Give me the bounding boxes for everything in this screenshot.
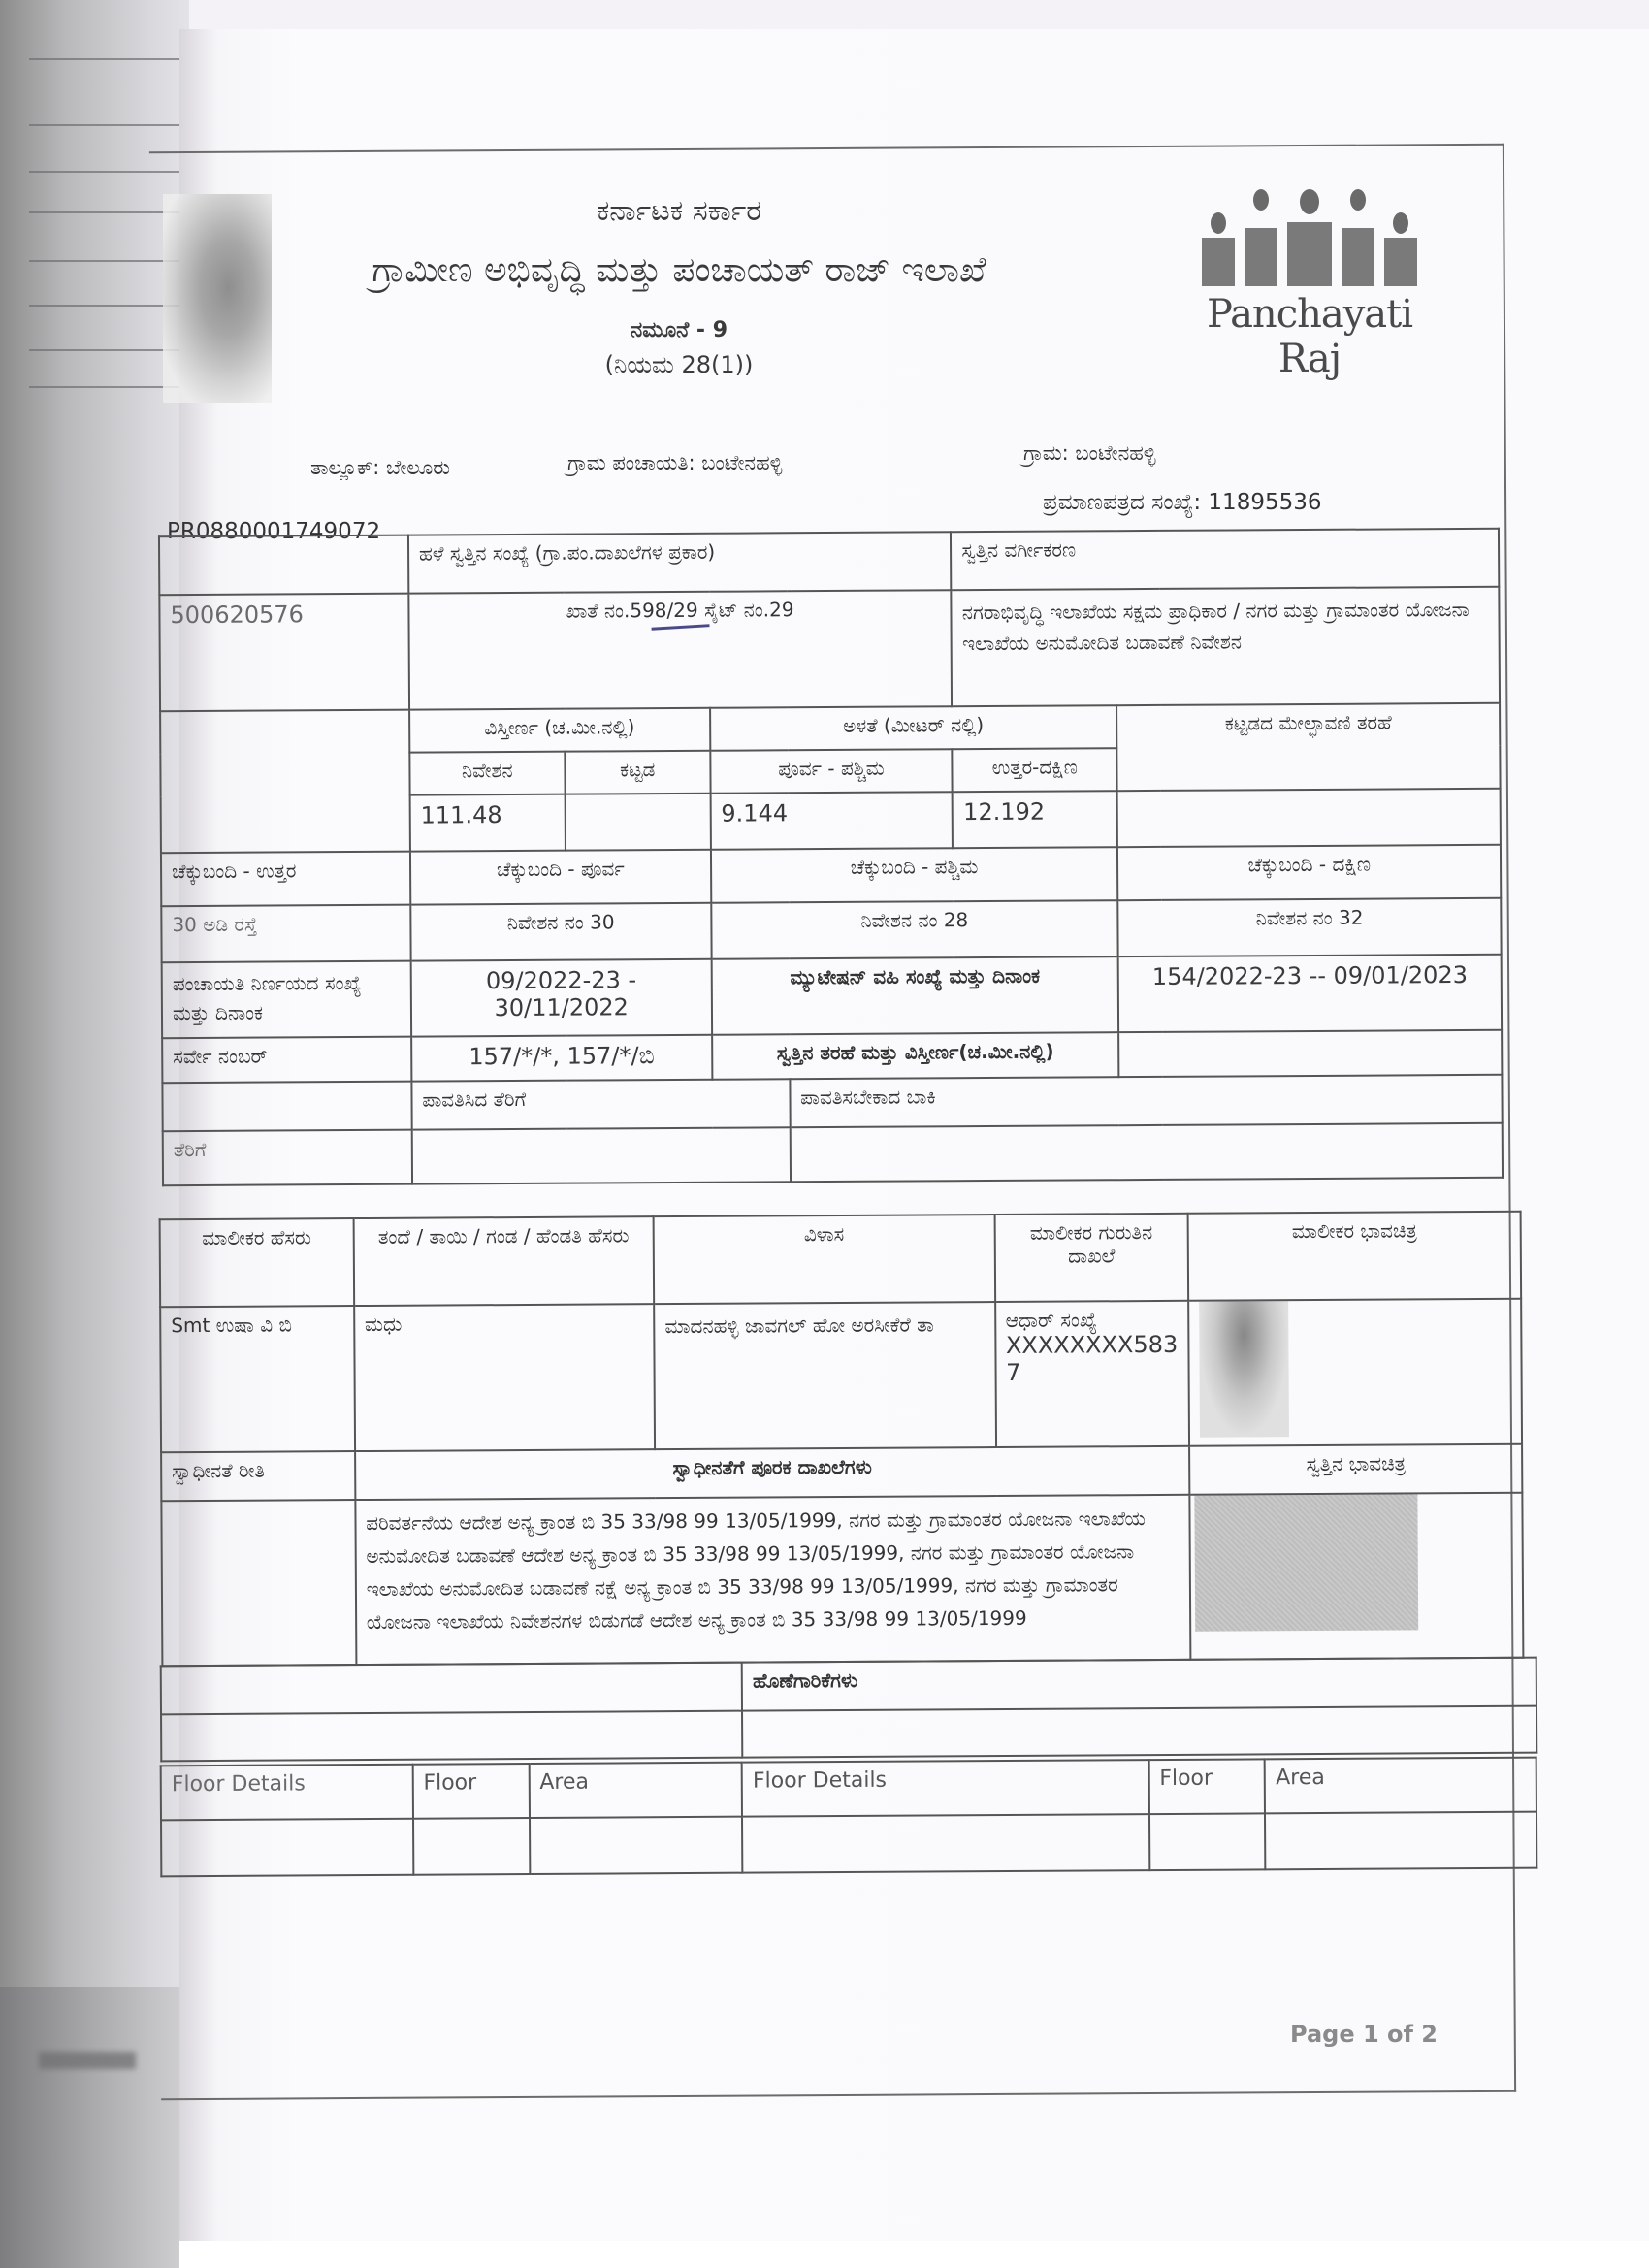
department-title: ಗ್ರಾಮೀಣ ಅಭಿವೃದ್ಧಿ ಮತ್ತು ಪಂಚಾಯತ್ ರಾಜ್ ಇಲಾ… bbox=[291, 250, 1067, 291]
measurement-header: ಅಳತೆ (ಮೀಟರ್ ನಲ್ಲಿ) bbox=[710, 705, 1117, 751]
roof-type-header: ಕಟ್ಟಡದ ಮೇಲ್ಛಾವಣಿ ತರಹೆ bbox=[1116, 703, 1500, 791]
east-boundary: ನಿವೇಶನ ನಂ 30 bbox=[410, 903, 711, 961]
relation-header: ತಂದೆ / ತಾಯಿ / ಗಂಡ / ಹೆಂಡತಿ ಹೆಸರು bbox=[353, 1216, 654, 1306]
mutation-value: 154/2022-23 -- 09/01/2023 bbox=[1118, 955, 1502, 1032]
north-boundary-label: ಚೆಕ್ಕುಬಂದಿ - ಉತ್ತರ bbox=[161, 852, 410, 907]
page-number: Page 1 of 2 bbox=[1290, 2021, 1438, 2048]
tax-left-label bbox=[162, 1082, 411, 1132]
east-west-label: ಪೂರ್ವ - ಪಶ್ಚಿಮ bbox=[710, 749, 953, 794]
liabilities-label: ಹೊಣೆಗಾರಿಕೆಗಳು bbox=[742, 1658, 1536, 1711]
site-area-value: 111.48 bbox=[409, 794, 565, 852]
area-left-header: Area bbox=[529, 1763, 742, 1818]
owner-table: ಮಾಲೀಕರ ಹೆಸರು ತಂದೆ / ತಾಯಿ / ಗಂಡ / ಹೆಂಡತಿ … bbox=[159, 1211, 1525, 1668]
site-label: ನಿವೇಶನ bbox=[409, 752, 565, 795]
survey-number-label: ಸರ್ವೇ ನಂಬರ್ bbox=[162, 1037, 411, 1084]
resolution-label: ಪಂಚಾಯತಿ ನಿರ್ಣಯದ ಸಂಖ್ಯೆ ಮತ್ತು ದಿನಾಂಕ bbox=[162, 961, 411, 1039]
property-type-label: ಸ್ವತ್ತಿನ ತರಹೆ ಮತ್ತು ವಿಸ್ತೀರ್ಣ(ಚ.ಮೀ.ನಲ್ಲಿ… bbox=[712, 1032, 1119, 1080]
floor-right-header: Floor bbox=[1148, 1759, 1265, 1814]
west-boundary-label: ಚೆಕ್ಕುಬಂದಿ - ಪಶ್ಚಿಮ bbox=[711, 847, 1118, 903]
property-details-table: ಹಳೆ ಸ್ವತ್ತಿನ ಸಂಖ್ಯೆ (ಗ್ರಾ.ಪಂ.ದಾಖಲೆಗಳ ಪ್ರ… bbox=[158, 528, 1503, 1186]
floor-details-table: Floor Details Floor Area Floor Details F… bbox=[160, 1757, 1538, 1878]
west-boundary: ನಿವೇಶನ ನಂ 28 bbox=[711, 900, 1118, 959]
area-right-header: Area bbox=[1265, 1758, 1536, 1814]
pen-mark bbox=[651, 624, 709, 631]
property-photo-label: ಸ್ವತ್ತಿನ ಭಾವಚಿತ್ರ bbox=[1189, 1444, 1522, 1495]
liabilities-table: ಹೊಣೆಗಾರಿಕೆಗಳು bbox=[160, 1657, 1538, 1763]
resolution-value: 09/2022-23 - 30/11/2022 bbox=[411, 959, 712, 1037]
tax-due-label: ಪಾವತಿಸಬೇಕಾದ ಬಾಕಿ bbox=[790, 1075, 1503, 1127]
village: ಗ್ರಾಮ: ಬಂಟೇನಹಳ್ಳಿ bbox=[1023, 441, 1156, 466]
owner-relation: ಮಧು bbox=[354, 1304, 655, 1451]
north-boundary: 30 ಅಡಿ ರಸ್ತೆ bbox=[161, 905, 410, 963]
panchayati-raj-logo: Panchayati Raj bbox=[1174, 179, 1445, 354]
id-number: XXXXXXXX5837 bbox=[1006, 1331, 1179, 1386]
form-number: ನಮೂನೆ - 9 bbox=[291, 318, 1067, 342]
owner-name-header: ಮಾಲೀಕರ ಹೆಸರು bbox=[160, 1218, 354, 1307]
id-document-header: ಮಾಲೀಕರ ಗುರುತಿನ ದಾಖಲೆ bbox=[994, 1214, 1188, 1302]
owner-name: Smt ಉಷಾ ವಿ ಬಿ bbox=[160, 1306, 355, 1452]
gram-panchayat: ಗ್ರಾಮ ಪಂಚಾಯತಿ: ಬಂಟೇನಹಳ್ಳಿ bbox=[567, 451, 782, 475]
floor-left-header: Floor bbox=[412, 1764, 529, 1819]
taluk: ತಾಲ್ಲೂಕ್: ಬೇಲೂರು bbox=[310, 456, 450, 480]
property-classification: ನಗರಾಭಿವೃದ್ಧಿ ಇಲಾಖೆಯ ಸಕ್ಷಮ ಪ್ರಾಧಿಕಾರ / ನಗ… bbox=[952, 587, 1500, 706]
certificate-number: ಪ್ರಮಾಣಪತ್ರದ ಸಂಖ್ಯೆ: 11895536 bbox=[1043, 490, 1322, 515]
floor-details-right-header: Floor Details bbox=[742, 1760, 1149, 1817]
khata-number: ಖಾತೆ ನಂ.598/29 ಸೈಟ್ ನಂ.29 bbox=[408, 590, 952, 709]
area-header: ವಿಸ್ತೀರ್ಣ (ಚ.ಮೀ.ನಲ್ಲಿ) bbox=[409, 708, 710, 753]
classification-header: ಸ್ವತ್ತಿನ ವರ್ಗೀಕರಣ bbox=[951, 529, 1499, 590]
address-header: ವಿಳಾಸ bbox=[654, 1215, 995, 1304]
property-photo bbox=[1195, 1494, 1419, 1631]
tax-paid-label: ಪಾವತಿಸಿದ ತೆರಿಗೆ bbox=[411, 1079, 790, 1129]
government-title: ಕರ್ನಾಟಕ ಸರ್ಕಾರ bbox=[291, 194, 1067, 228]
people-logo-icon bbox=[1174, 179, 1445, 286]
owner-row: Smt ಉಷಾ ವಿ ಬಿ ಮಧು ಮಾದನಹಳ್ಳಿ ಜಾವಗಲ್ ಹೋ ಅರ… bbox=[160, 1299, 1522, 1453]
owner-id: ಆಧಾರ್ ಸಂಖ್ಯೆ XXXXXXXX5837 bbox=[995, 1301, 1190, 1447]
building-area-value bbox=[565, 794, 710, 851]
supporting-docs-header: ಸ್ವಾಧೀನತೆಗೆ ಪೂರಕ ದಾಖಲೆಗಳು bbox=[355, 1446, 1190, 1500]
survey-number-value: 157/*/*, 157/*/ಬಿ bbox=[411, 1035, 712, 1082]
south-boundary: ನಿವೇಶನ ನಂ 32 bbox=[1118, 898, 1502, 956]
tax-due-value bbox=[790, 1123, 1503, 1182]
id-type: ಆಧಾರ್ ಸಂಖ್ಯೆ bbox=[1006, 1308, 1179, 1332]
logo-text: Panchayati Raj bbox=[1174, 292, 1445, 381]
mutation-label: ಮ್ಯುಟೇಷನ್ ವಹಿ ಸಂಖ್ಯೆ ಮತ್ತು ದಿನಾಂಕ bbox=[711, 956, 1118, 1035]
east-boundary-label: ಚೆಕ್ಕುಬಂದಿ - ಪೂರ್ವ bbox=[410, 850, 711, 905]
old-property-number-header: ಹಳೆ ಸ್ವತ್ತಿನ ಸಂಖ್ಯೆ (ಗ್ರಾ.ಪಂ.ದಾಖಲೆಗಳ ಪ್ರ… bbox=[408, 532, 952, 593]
south-boundary-label: ಚೆಕ್ಕುಬಂದಿ - ದಕ್ಷಿಣ bbox=[1117, 845, 1501, 900]
rule-reference: (ನಿಯಮ 28(1)) bbox=[291, 351, 1067, 378]
property-type-value bbox=[1118, 1030, 1502, 1077]
supporting-documents: ಪರಿವರ್ತನೆಯ ಆದೇಶ ಅನ್ಯ ಕ್ರಾಂತ ಬಿ 35 33/98 … bbox=[355, 1495, 1191, 1665]
owner-photo-header: ಮಾಲೀಕರ ಭಾವಚಿತ್ರ bbox=[1188, 1212, 1521, 1301]
tax-paid-value bbox=[412, 1127, 791, 1183]
east-west-value: 9.144 bbox=[710, 792, 953, 850]
building-label: ಕಟ್ಟಡ bbox=[565, 751, 710, 794]
property-number: 500620576 bbox=[159, 594, 409, 712]
north-south-label: ಉತ್ತರ-ದಕ್ಷಿಣ bbox=[953, 748, 1117, 792]
north-south-value: 12.192 bbox=[953, 791, 1117, 848]
tax-row-label: ತೆರಿಗೆ bbox=[163, 1130, 412, 1186]
karnataka-emblem-icon bbox=[163, 194, 272, 403]
ownership-mode-label: ಸ್ವಾಧೀನತೆ ರೀತಿ bbox=[161, 1451, 355, 1501]
floor-details-left-header: Floor Details bbox=[161, 1765, 413, 1821]
owner-photo bbox=[1199, 1301, 1289, 1438]
owner-address: ಮಾದನಹಳ್ಳಿ ಜಾವಗಲ್ ಹೋ ಅರಸೀಕೆರೆ ತಾ bbox=[654, 1302, 995, 1449]
liabilities-value bbox=[742, 1706, 1536, 1758]
